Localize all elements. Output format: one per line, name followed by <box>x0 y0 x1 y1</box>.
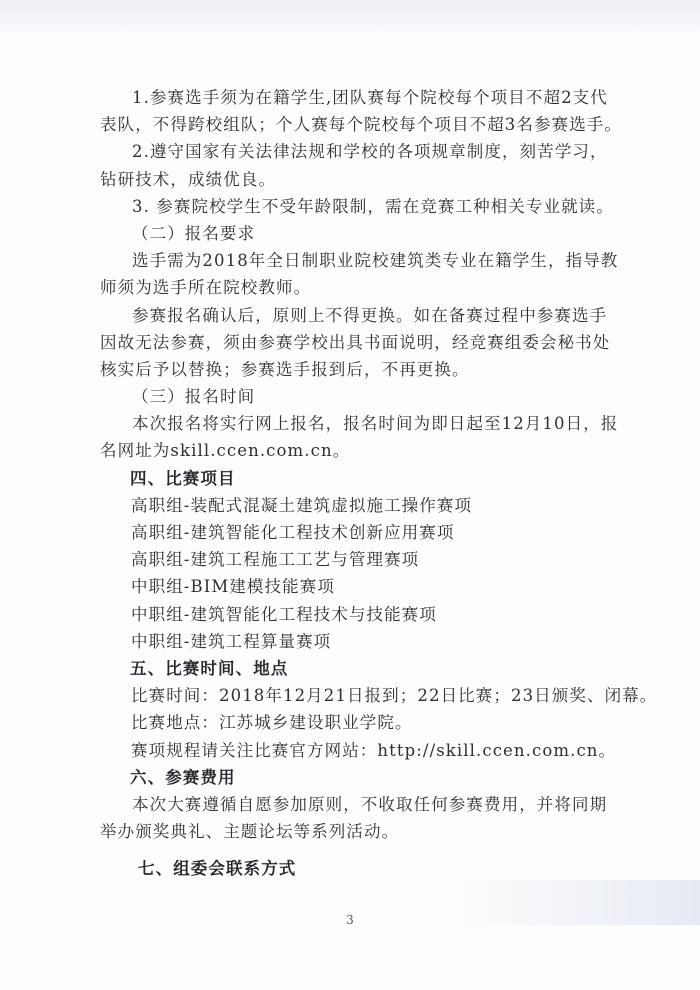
text-line: 本次大赛遵循自愿参加原则，不收取任何参赛费用，并将同期 <box>100 791 620 818</box>
document-page: 1.参赛选手须为在籍学生,团队赛每个院校每个项目不超2支代 表队，不得跨校组队；… <box>100 84 620 882</box>
text-line: 名网址为skill.ccen.com.cn。 <box>100 437 620 464</box>
section-heading-registration-time: （三）报名时间 <box>100 383 620 410</box>
time-location-lines: 比赛时间：2018年12月21日报到；22日比赛；23日颁奖、闭幕。 比赛地点：… <box>100 682 620 764</box>
requirement-paragraph-3: 3. 参赛院校学生不受年龄限制，需在竞赛工种相关专业就读。 <box>100 193 620 220</box>
text-line: 师须为选手所在院校教师。 <box>100 274 620 301</box>
list-item: 中职组-BIM建模技能赛项 <box>100 573 620 600</box>
text-line: 1.参赛选手须为在籍学生,团队赛每个院校每个项目不超2支代 <box>100 84 620 111</box>
text-line: 参赛报名确认后，原则上不得更换。如在备赛过程中参赛选手 <box>100 302 620 329</box>
page-number: 3 <box>0 913 700 927</box>
section-heading-competition-items: 四、比赛项目 <box>100 465 620 492</box>
text-line: 钻研技术，成绩优良。 <box>100 166 620 193</box>
list-item: 高职组-装配式混凝土建筑虚拟施工操作赛项 <box>100 492 620 519</box>
competition-time: 比赛时间：2018年12月21日报到；22日比赛；23日颁奖、闭幕。 <box>100 682 620 709</box>
official-website-notice: 赛项规程请关注比赛官方网站：http://skill.ccen.com.cn。 <box>100 737 620 764</box>
text-line: 选手需为2018年全日制职业院校建筑类专业在籍学生，指导教 <box>100 247 620 274</box>
spacer <box>100 845 620 855</box>
competition-items-list: 高职组-装配式混凝土建筑虚拟施工操作赛项 高职组-建筑智能化工程技术创新应用赛项… <box>100 492 620 655</box>
text-line: 3. 参赛院校学生不受年龄限制，需在竞赛工种相关专业就读。 <box>100 193 620 220</box>
text-line: 2.遵守国家有关法律法规和学校的各项规章制度，刻苦学习， <box>100 138 620 165</box>
requirement-paragraph-2: 2.遵守国家有关法律法规和学校的各项规章制度，刻苦学习， 钻研技术，成绩优良。 <box>100 138 620 192</box>
section-heading-registration-requirements: （二）报名要求 <box>100 220 620 247</box>
list-item: 中职组-建筑工程算量赛项 <box>100 628 620 655</box>
text-line: 因故无法参赛，须由参赛学校出具书面说明，经竞赛组委会秘书处 <box>100 329 620 356</box>
registration-paragraph-1: 选手需为2018年全日制职业院校建筑类专业在籍学生，指导教 师须为选手所在院校教… <box>100 247 620 301</box>
text-line: 核实后予以替换；参赛选手报到后，不再更换。 <box>100 356 620 383</box>
list-item: 中职组-建筑智能化工程技术与技能赛项 <box>100 601 620 628</box>
competition-location: 比赛地点：江苏城乡建设职业学院。 <box>100 709 620 736</box>
text-line: 表队，不得跨校组队；个人赛每个院校每个项目不超3名参赛选手。 <box>100 111 620 138</box>
text-line: 本次报名将实行网上报名，报名时间为即日起至12月10日，报 <box>100 410 620 437</box>
section-heading-contact: 七、组委会联系方式 <box>100 855 620 882</box>
registration-paragraph-2: 参赛报名确认后，原则上不得更换。如在备赛过程中参赛选手 因故无法参赛，须由参赛学… <box>100 302 620 384</box>
text-line: 举办颁奖典礼、主题论坛等系列活动。 <box>100 818 620 845</box>
section-heading-fees: 六、参赛费用 <box>100 764 620 791</box>
registration-time-paragraph: 本次报名将实行网上报名，报名时间为即日起至12月10日，报 名网址为skill.… <box>100 410 620 464</box>
fees-paragraph: 本次大赛遵循自愿参加原则，不收取任何参赛费用，并将同期 举办颁奖典礼、主题论坛等… <box>100 791 620 845</box>
requirement-paragraph-1: 1.参赛选手须为在籍学生,团队赛每个院校每个项目不超2支代 表队，不得跨校组队；… <box>100 84 620 138</box>
section-heading-time-location: 五、比赛时间、地点 <box>100 655 620 682</box>
list-item: 高职组-建筑工程施工工艺与管理赛项 <box>100 546 620 573</box>
scan-shadow-top <box>0 0 700 36</box>
list-item: 高职组-建筑智能化工程技术创新应用赛项 <box>100 519 620 546</box>
